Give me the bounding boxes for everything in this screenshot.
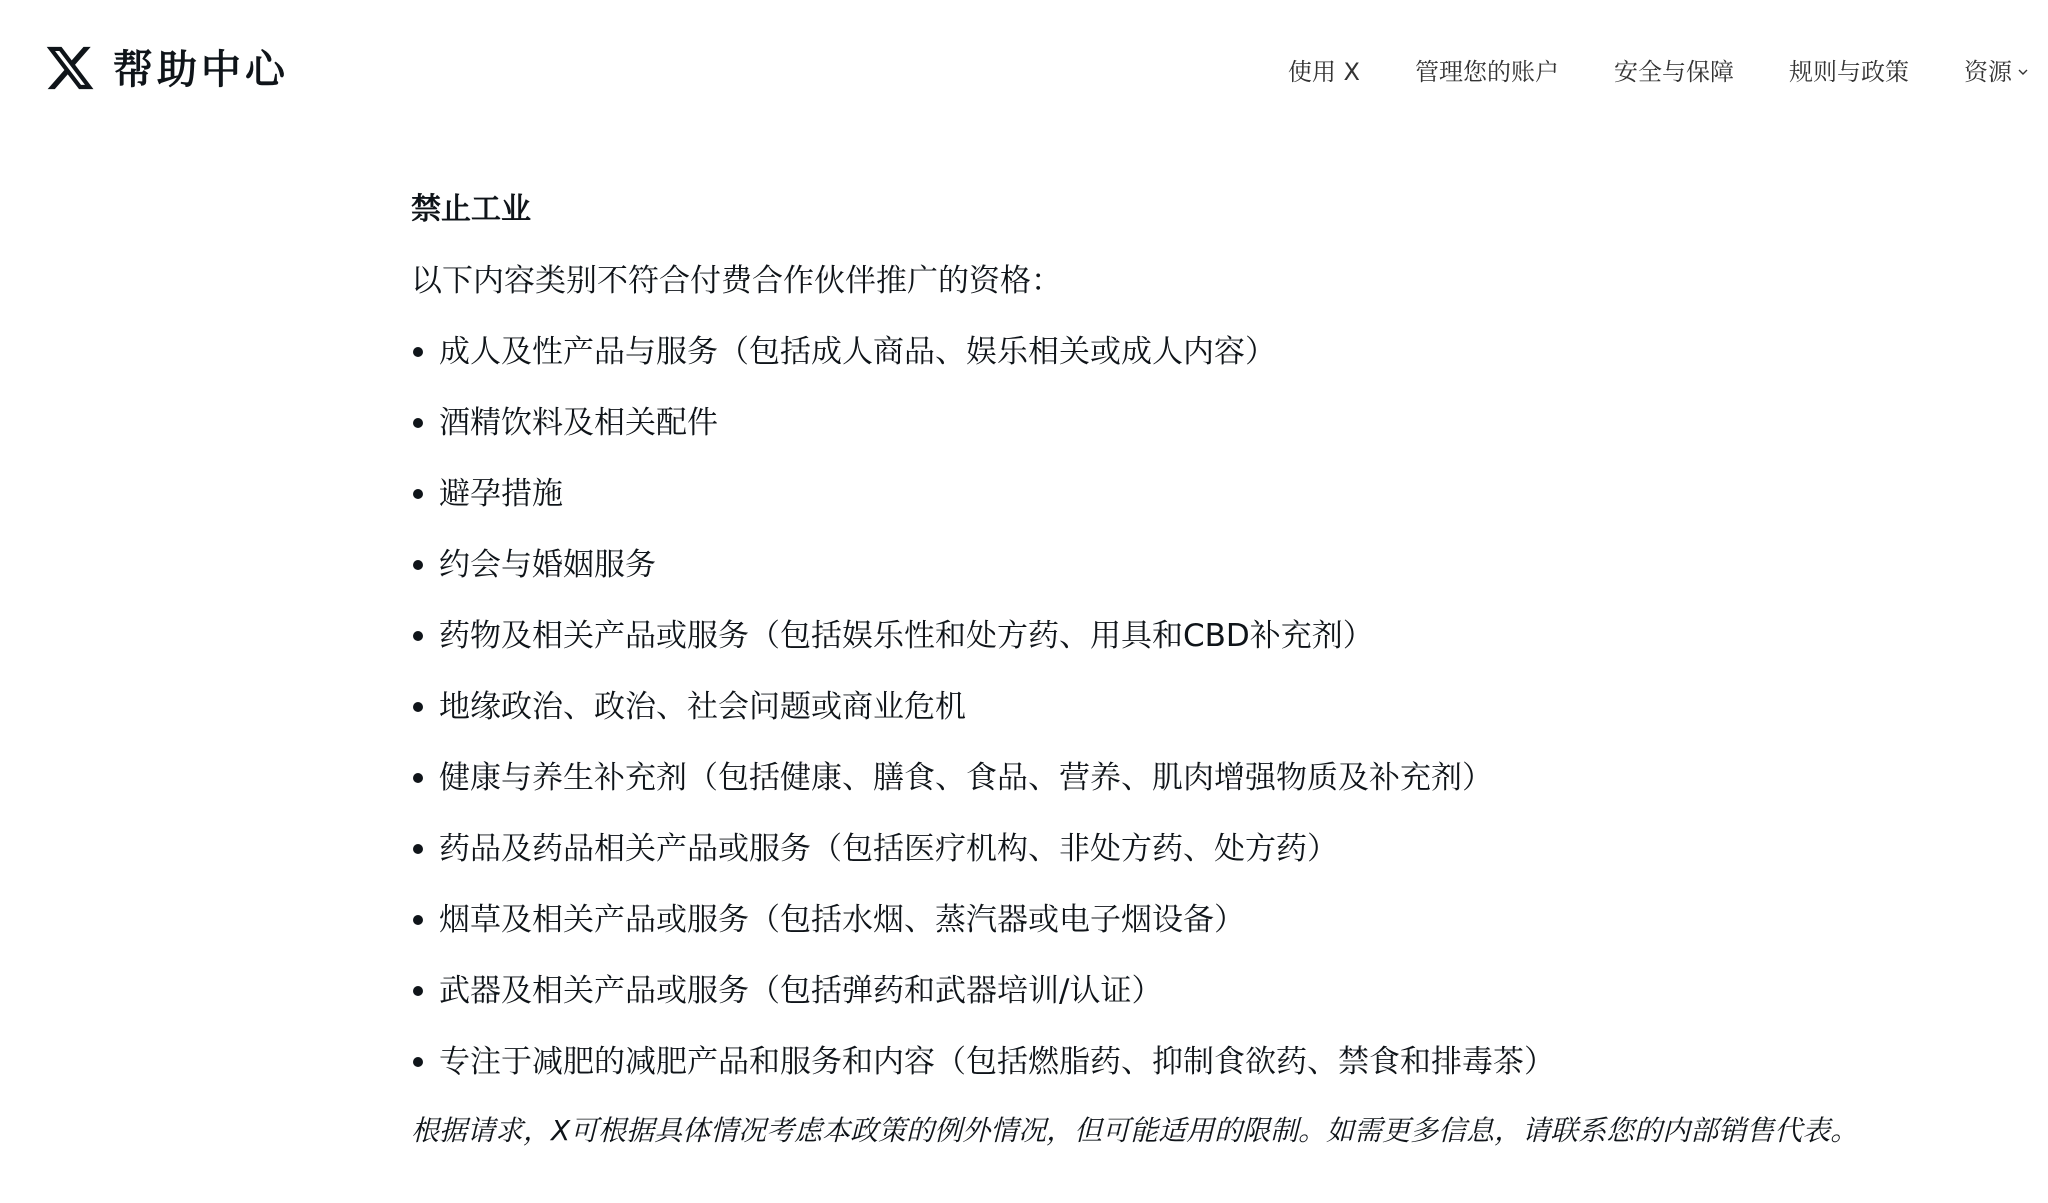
bullet-icon <box>413 347 423 357</box>
prohibited-industries-list: 成人及性产品与服务（包括成人商品、娱乐相关或成人内容） 酒精饮料及相关配件 避孕… <box>411 332 1911 1082</box>
list-item-text: 专注于减肥的减肥产品和服务和内容（包括燃脂药、抑制食欲药、禁食和排毒茶） <box>439 1044 1555 1080</box>
list-item-text: 烟草及相关产品或服务（包括水烟、蒸汽器或电子烟设备） <box>439 902 1245 938</box>
list-item-text: 健康与养生补充剂（包括健康、膳食、食品、营养、肌肉增强物质及补充剂） <box>439 760 1493 796</box>
list-item: 药物及相关产品或服务（包括娱乐性和处方药、用具和CBD补充剂） <box>411 616 1911 656</box>
list-item-text: 避孕措施 <box>439 476 563 512</box>
intro-text: 以下内容类别不符合付费合作伙伴推广的资格： <box>411 261 1911 301</box>
nav-item-safety[interactable]: 安全与保障 <box>1614 52 1734 92</box>
list-item: 烟草及相关产品或服务（包括水烟、蒸汽器或电子烟设备） <box>411 900 1911 940</box>
bullet-icon <box>413 986 423 996</box>
list-item: 健康与养生补充剂（包括健康、膳食、食品、营养、肌肉增强物质及补充剂） <box>411 758 1911 798</box>
list-item-text: 成人及性产品与服务（包括成人商品、娱乐相关或成人内容） <box>439 334 1276 370</box>
section-heading: 禁止工业 <box>411 190 1911 230</box>
nav-item-rules-policies[interactable]: 规则与政策 <box>1789 52 1909 92</box>
nav-label: 使用 X <box>1288 52 1360 92</box>
site-title[interactable]: 帮助中心 <box>113 44 289 96</box>
list-item: 专注于减肥的减肥产品和服务和内容（包括燃脂药、抑制食欲药、禁食和排毒茶） <box>411 1042 1911 1082</box>
list-item: 成人及性产品与服务（包括成人商品、娱乐相关或成人内容） <box>411 332 1911 372</box>
main-nav: 使用 X 管理您的账户 安全与保障 规则与政策 资源 <box>1288 52 2030 92</box>
chevron-down-icon <box>2016 65 2030 79</box>
list-item-text: 酒精饮料及相关配件 <box>439 405 718 441</box>
list-item: 药品及药品相关产品或服务（包括医疗机构、非处方药、处方药） <box>411 829 1911 869</box>
site-header: 帮助中心 使用 X 管理您的账户 安全与保障 规则与政策 资源 <box>0 0 2048 140</box>
list-item: 避孕措施 <box>411 474 1911 514</box>
bullet-icon <box>413 915 423 925</box>
list-item-text: 药物及相关产品或服务（包括娱乐性和处方药、用具和CBD补充剂） <box>439 618 1374 654</box>
bullet-icon <box>413 631 423 641</box>
list-item-text: 地缘政治、政治、社会问题或商业危机 <box>439 689 966 725</box>
list-item-text: 武器及相关产品或服务（包括弹药和武器培训/认证） <box>439 973 1162 1009</box>
nav-item-manage-account[interactable]: 管理您的账户 <box>1415 52 1559 92</box>
list-item: 武器及相关产品或服务（包括弹药和武器培训/认证） <box>411 971 1911 1011</box>
list-item-text: 约会与婚姻服务 <box>439 547 656 583</box>
list-item: 地缘政治、政治、社会问题或商业危机 <box>411 687 1911 727</box>
list-item-text: 药品及药品相关产品或服务（包括医疗机构、非处方药、处方药） <box>439 831 1338 867</box>
bullet-icon <box>413 1057 423 1067</box>
bullet-icon <box>413 418 423 428</box>
list-item: 酒精饮料及相关配件 <box>411 403 1911 443</box>
nav-label: 安全与保障 <box>1614 52 1734 92</box>
bullet-icon <box>413 844 423 854</box>
article-content: 禁止工业 以下内容类别不符合付费合作伙伴推广的资格： 成人及性产品与服务（包括成… <box>411 190 1911 1151</box>
nav-item-use-x[interactable]: 使用 X <box>1288 52 1360 92</box>
list-item: 约会与婚姻服务 <box>411 545 1911 585</box>
x-logo-icon[interactable] <box>44 42 96 94</box>
nav-label: 资源 <box>1964 52 2012 92</box>
nav-label: 管理您的账户 <box>1415 52 1559 92</box>
bullet-icon <box>413 489 423 499</box>
nav-item-resources[interactable]: 资源 <box>1964 52 2030 92</box>
bullet-icon <box>413 773 423 783</box>
exception-note: 根据请求，X可根据具体情况考虑本政策的例外情况，但可能适用的限制。如需更多信息，… <box>411 1111 1911 1151</box>
bullet-icon <box>413 560 423 570</box>
nav-label: 规则与政策 <box>1789 52 1909 92</box>
bullet-icon <box>413 702 423 712</box>
